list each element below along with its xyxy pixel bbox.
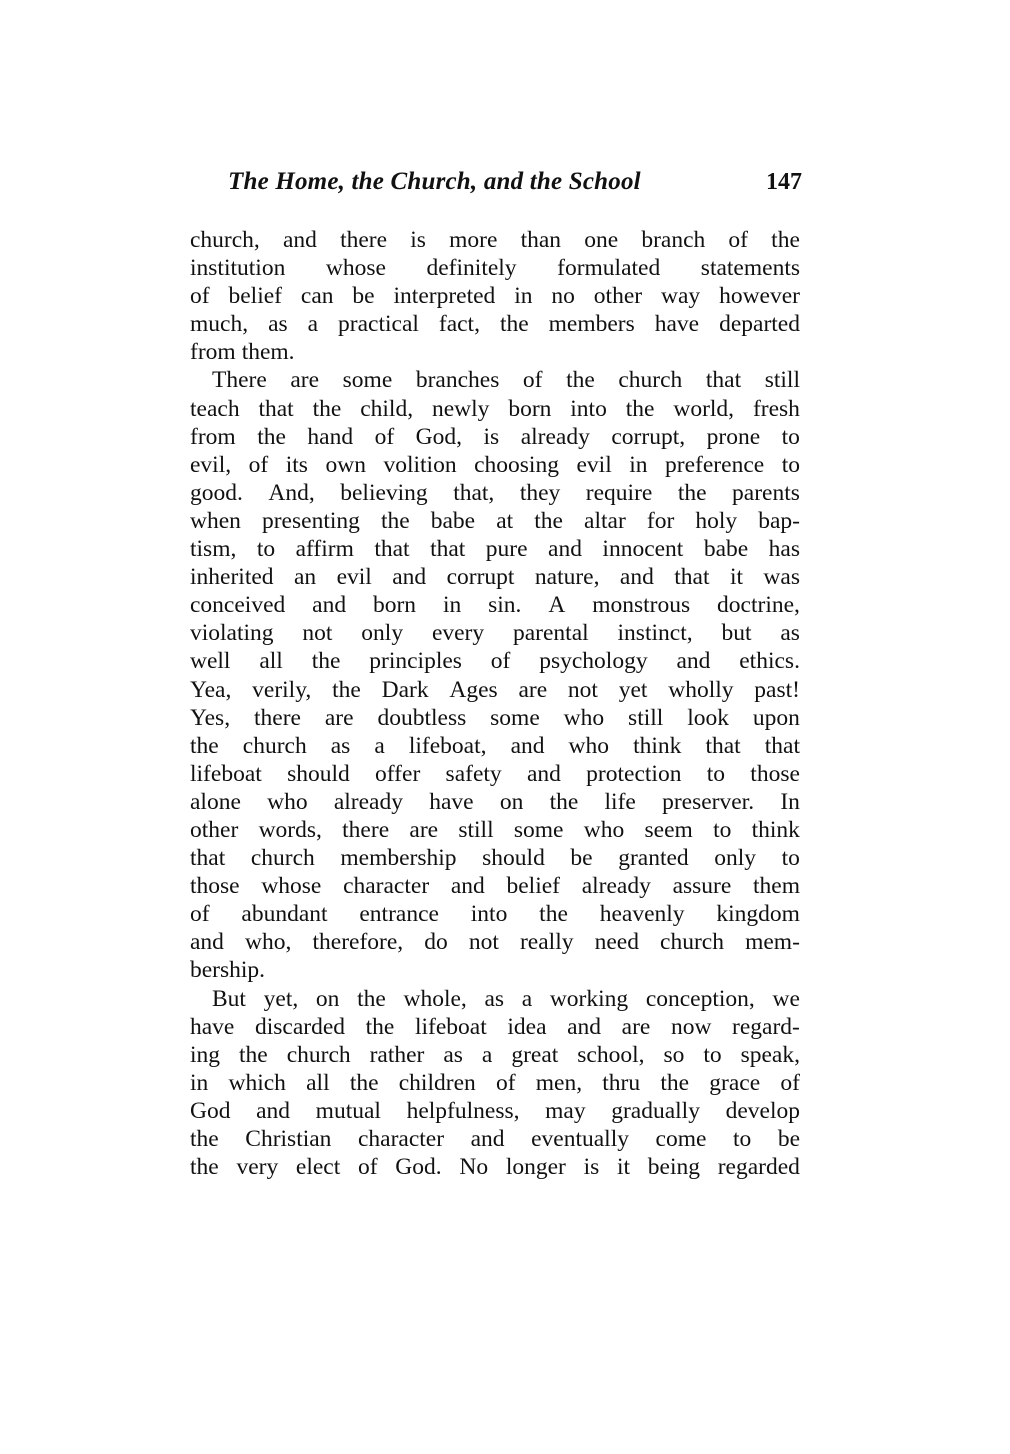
text-line: whenpresentingthebabeatthealtarforholyba…	[190, 507, 800, 535]
text-line: conceivedandborninsin.Amonstrousdoctrine…	[190, 591, 800, 619]
running-header: The Home, the Church, and the School 147	[228, 168, 802, 202]
text-line: fromthem.	[190, 338, 800, 366]
text-line: good.And,believingthat,theyrequirethepar…	[190, 479, 800, 507]
paragraph: Therearesomebranchesofthechurchthatstill…	[190, 366, 800, 984]
text-line: havediscardedthelifeboatideaandarenowreg…	[190, 1013, 800, 1041]
text-line: church,andthereismorethanonebranchofthe	[190, 226, 800, 254]
text-line: wellalltheprinciplesofpsychologyandethic…	[190, 647, 800, 675]
text-line: fromthehandofGod,isalreadycorrupt,pronet…	[190, 423, 800, 451]
text-line: theveryelectofGod.Nolongerisitbeingregar…	[190, 1153, 800, 1181]
text-line: teachthatthechild,newlybornintotheworld,…	[190, 395, 800, 423]
text-line: violatingnotonlyeveryparentalinstinct,bu…	[190, 619, 800, 647]
text-line: Yea,verily,theDarkAgesarenotyetwhollypas…	[190, 676, 800, 704]
text-line: institutionwhosedefinitelyformulatedstat…	[190, 254, 800, 282]
text-line: tism,toaffirmthatthatpureandinnocentbabe…	[190, 535, 800, 563]
text-line: lifeboatshouldoffersafetyandprotectionto…	[190, 760, 800, 788]
text-line: otherwords,therearestillsomewhoseemtothi…	[190, 816, 800, 844]
text-line: ofbeliefcanbeinterpretedinnootherwayhowe…	[190, 282, 800, 310]
paragraph: church,andthereismorethanonebranchofthei…	[190, 226, 800, 366]
text-line: theChristiancharacterandeventuallycometo…	[190, 1125, 800, 1153]
body-text: church,andthereismorethanonebranchofthei…	[190, 226, 800, 1181]
text-line: thosewhosecharacterandbeliefalreadyassur…	[190, 872, 800, 900]
paragraph: Butyet,onthewhole,asaworkingconception,w…	[190, 985, 800, 1182]
running-title: The Home, the Church, and the School	[228, 168, 641, 196]
text-line: ingthechurchratherasagreatschool,sotospe…	[190, 1041, 800, 1069]
text-line: Yes,therearedoubtlesssomewhostilllookupo…	[190, 704, 800, 732]
text-line: inheritedanevilandcorruptnature,andthati…	[190, 563, 800, 591]
text-line: inwhichallthechildrenofmen,thruthegraceo…	[190, 1069, 800, 1097]
text-line: Butyet,onthewhole,asaworkingconception,w…	[190, 985, 800, 1013]
text-line: Therearesomebranchesofthechurchthatstill	[190, 366, 800, 394]
text-line: Godandmutualhelpfulness,maygraduallydeve…	[190, 1097, 800, 1125]
text-line: alonewhoalreadyhaveonthelifepreserver.In	[190, 788, 800, 816]
text-line: bership.	[190, 956, 800, 984]
page-number: 147	[766, 169, 802, 196]
text-line: evil,ofitsownvolitionchoosingevilinprefe…	[190, 451, 800, 479]
text-line: much,asapracticalfact,themembershavedepa…	[190, 310, 800, 338]
text-line: andwho,therefore,donotreallyneedchurchme…	[190, 928, 800, 956]
text-line: thatchurchmembershipshouldbegrantedonlyt…	[190, 844, 800, 872]
text-line: thechurchasalifeboat,andwhothinkthatthat	[190, 732, 800, 760]
text-line: ofabundantentranceintotheheavenlykingdom	[190, 900, 800, 928]
